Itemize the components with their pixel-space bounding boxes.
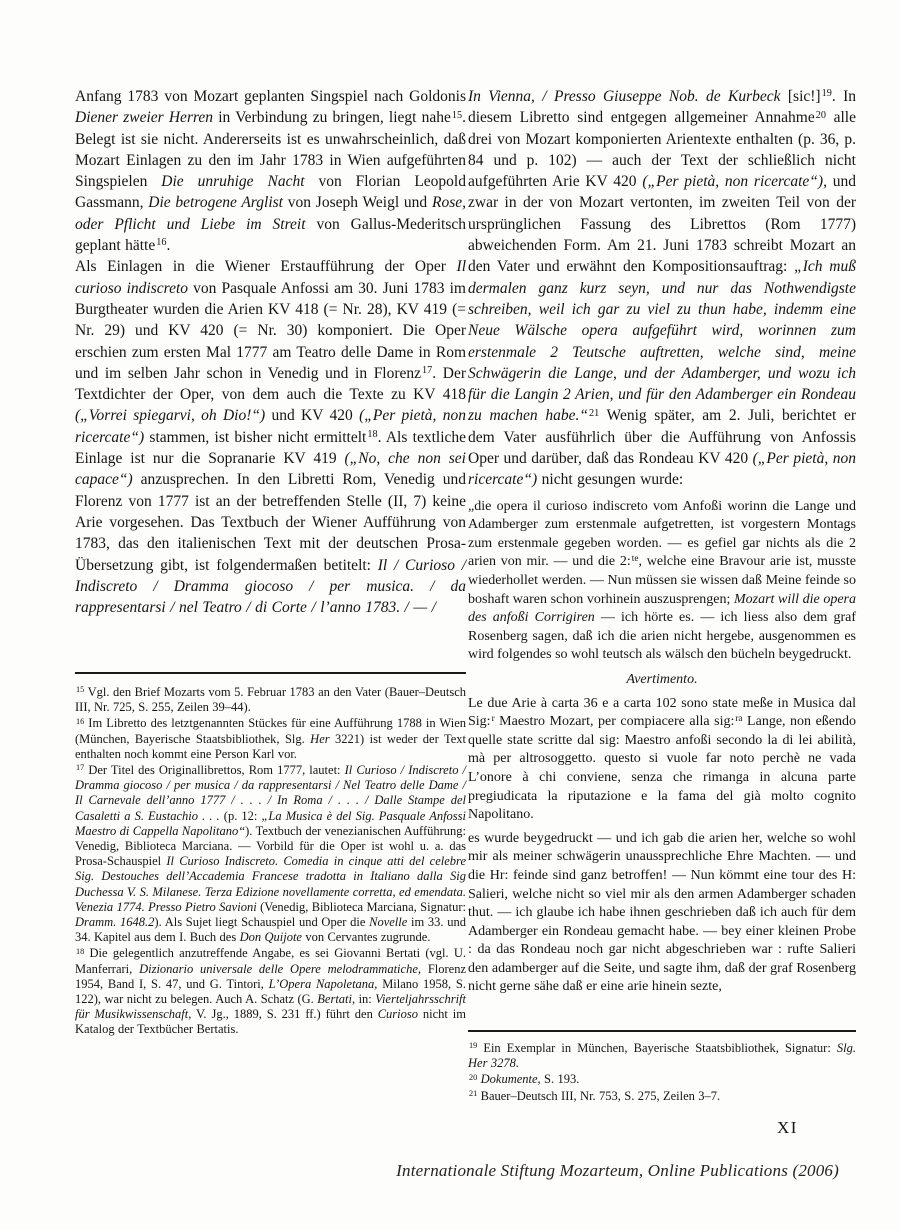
text-segment: Als Einlagen in die Wiener Erstaufführun… [75,258,457,275]
text-segment: Vgl. den Brief Mozarts vom 5. Februar 17… [75,685,466,714]
right-column: In Vienna, / Presso Giuseppe Nob. de Kur… [468,86,856,997]
text-segment: Dizionario universale delle Opere melodr… [139,962,421,976]
text-segment: in: [355,992,375,1006]
text-segment: es wurde beygedruckt — und ich gab die a… [468,831,856,995]
footnote-marker: 17 [421,365,432,376]
footnote-17: 17 Der Titel des Originallibrettos, Rom … [75,763,466,945]
left-paragraph-1: Anfang 1783 von Mozart geplanten Singspi… [75,86,466,256]
footnote-19: 19 Ein Exemplar in München, Bayerische S… [468,1041,856,1071]
text-segment: Bauer–Deutsch III, Nr. 753, S. 275, Zeil… [477,1089,720,1103]
right-footnotes: 19 Ein Exemplar in München, Bayerische S… [468,1030,856,1104]
text-segment: [sic!] [781,88,821,105]
quote-paragraph-2: Le due Arie à carta 36 e a carta 102 son… [468,695,856,825]
text-segment: von Joseph Weigl und [283,194,432,211]
text-segment: Diener zweier Herren [75,109,213,126]
document-page: Anfang 1783 von Mozart geplanten Singspi… [0,0,900,1230]
text-segment: V. Jg., 1889, S. 231 ff.) führt den [191,1007,377,1021]
quote-paragraph-1: „die opera il curioso indiscreto vom Anf… [468,498,856,665]
footnote-marker: 15 [75,685,84,694]
text-segment: Dramm. 1648.2 [75,915,154,929]
text-segment: („Vorrei spiegarvi, oh Dio!“) [75,407,265,424]
footnote-marker: 20 [815,110,826,121]
text-segment: ). Als Sujet liegt Schauspiel und Oper d… [154,915,369,929]
text-segment: Ein Exemplar in München, Bayerische Staa… [477,1041,837,1055]
footnote-marker: 21 [588,408,599,419]
text-segment: In Vienna, / Presso Giuseppe Nob. de Kur… [468,88,781,105]
page-number: XI [777,1118,798,1138]
text-segment: Lange, non eßendo quelle state scritte d… [468,714,856,822]
footnote-marker: 18 [366,429,377,440]
text-segment: Don Quijote [240,930,302,944]
footnote-20: 20 Dokumente, S. 193. [468,1072,856,1087]
footnote-marker: 16 [155,237,166,248]
text-segment: L’Opera Napoletana, [269,977,378,991]
text-segment: (Venedig, Biblioteca Marciana, Signatur: [257,900,466,914]
footnote-marker: ra [734,713,742,723]
text-segment: S. 193. [541,1072,580,1086]
footnote-marker: 15 [451,110,462,121]
text-segment: Dokumente, [481,1072,541,1086]
text-segment: (p. 12: [220,809,262,823]
text-segment: Die betrogene Arglist [148,194,283,211]
footnote-marker: 20 [468,1073,477,1082]
footnote-marker: 19 [468,1041,477,1050]
letter-quote-block: „die opera il curioso indiscreto vom Anf… [468,498,856,997]
text-segment: in Verbindung zu bringen, liegt nahe [213,109,451,126]
text-segment: Maestro Mozart, per compiacere alla sig: [495,714,735,729]
footnote-marker: te [631,553,639,563]
footnote-16: 16 Im Libretto des letztgenannten Stücke… [75,716,466,762]
text-segment: Novelle [369,915,407,929]
footnote-marker: r [491,713,495,723]
text-segment: nicht gesungen wurde: [537,471,683,488]
footnote-marker: 16 [75,717,84,726]
footnote-marker: 18 [75,947,84,956]
left-footnotes: 15 Vgl. den Brief Mozarts vom 5. Februar… [75,672,466,1038]
text-segment: von Cervantes zugrunde. [302,930,431,944]
text-segment: Die unruhige Nacht [161,173,304,190]
text-segment: Her [310,732,329,746]
text-segment: und KV 420 [265,407,359,424]
footnote-18: 18 Die gelegentlich anzutreffende Angabe… [75,946,466,1037]
text-segment: Curioso [378,1007,418,1021]
text-segment: stammen, ist bisher nicht ermittelt [144,429,366,446]
quote-paragraph-3: es wurde beygedruckt — und ich gab die a… [468,830,856,997]
avertimento-heading: Avertimento. [468,671,856,690]
footnote-21: 21 Bauer–Deutsch III, Nr. 753, S. 275, Z… [468,1089,856,1104]
text-segment: „Ich muß dermalen ganz kurz seyn, und nu… [468,258,856,424]
footnote-marker: 21 [468,1089,477,1098]
text-segment: Der Titel des Originallibrettos, Rom 177… [84,763,344,777]
text-segment: („Per pietà, non ricercate“), [642,173,827,190]
footnote-marker: 19 [821,88,832,99]
text-segment: . [166,237,170,254]
left-paragraph-2: Als Einlagen in die Wiener Erstaufführun… [75,256,466,618]
footnote-15: 15 Vgl. den Brief Mozarts vom 5. Februar… [75,685,466,715]
footnote-marker: 17 [75,763,84,772]
right-paragraph-1: In Vienna, / Presso Giuseppe Nob. de Kur… [468,86,856,491]
text-segment: Anfang 1783 von Mozart geplanten Singspi… [75,88,466,105]
left-column: Anfang 1783 von Mozart geplanten Singspi… [75,86,466,618]
text-segment: Bertati, [317,992,355,1006]
footer-credit: Internationale Stiftung Mozarteum, Onlin… [319,1161,839,1181]
